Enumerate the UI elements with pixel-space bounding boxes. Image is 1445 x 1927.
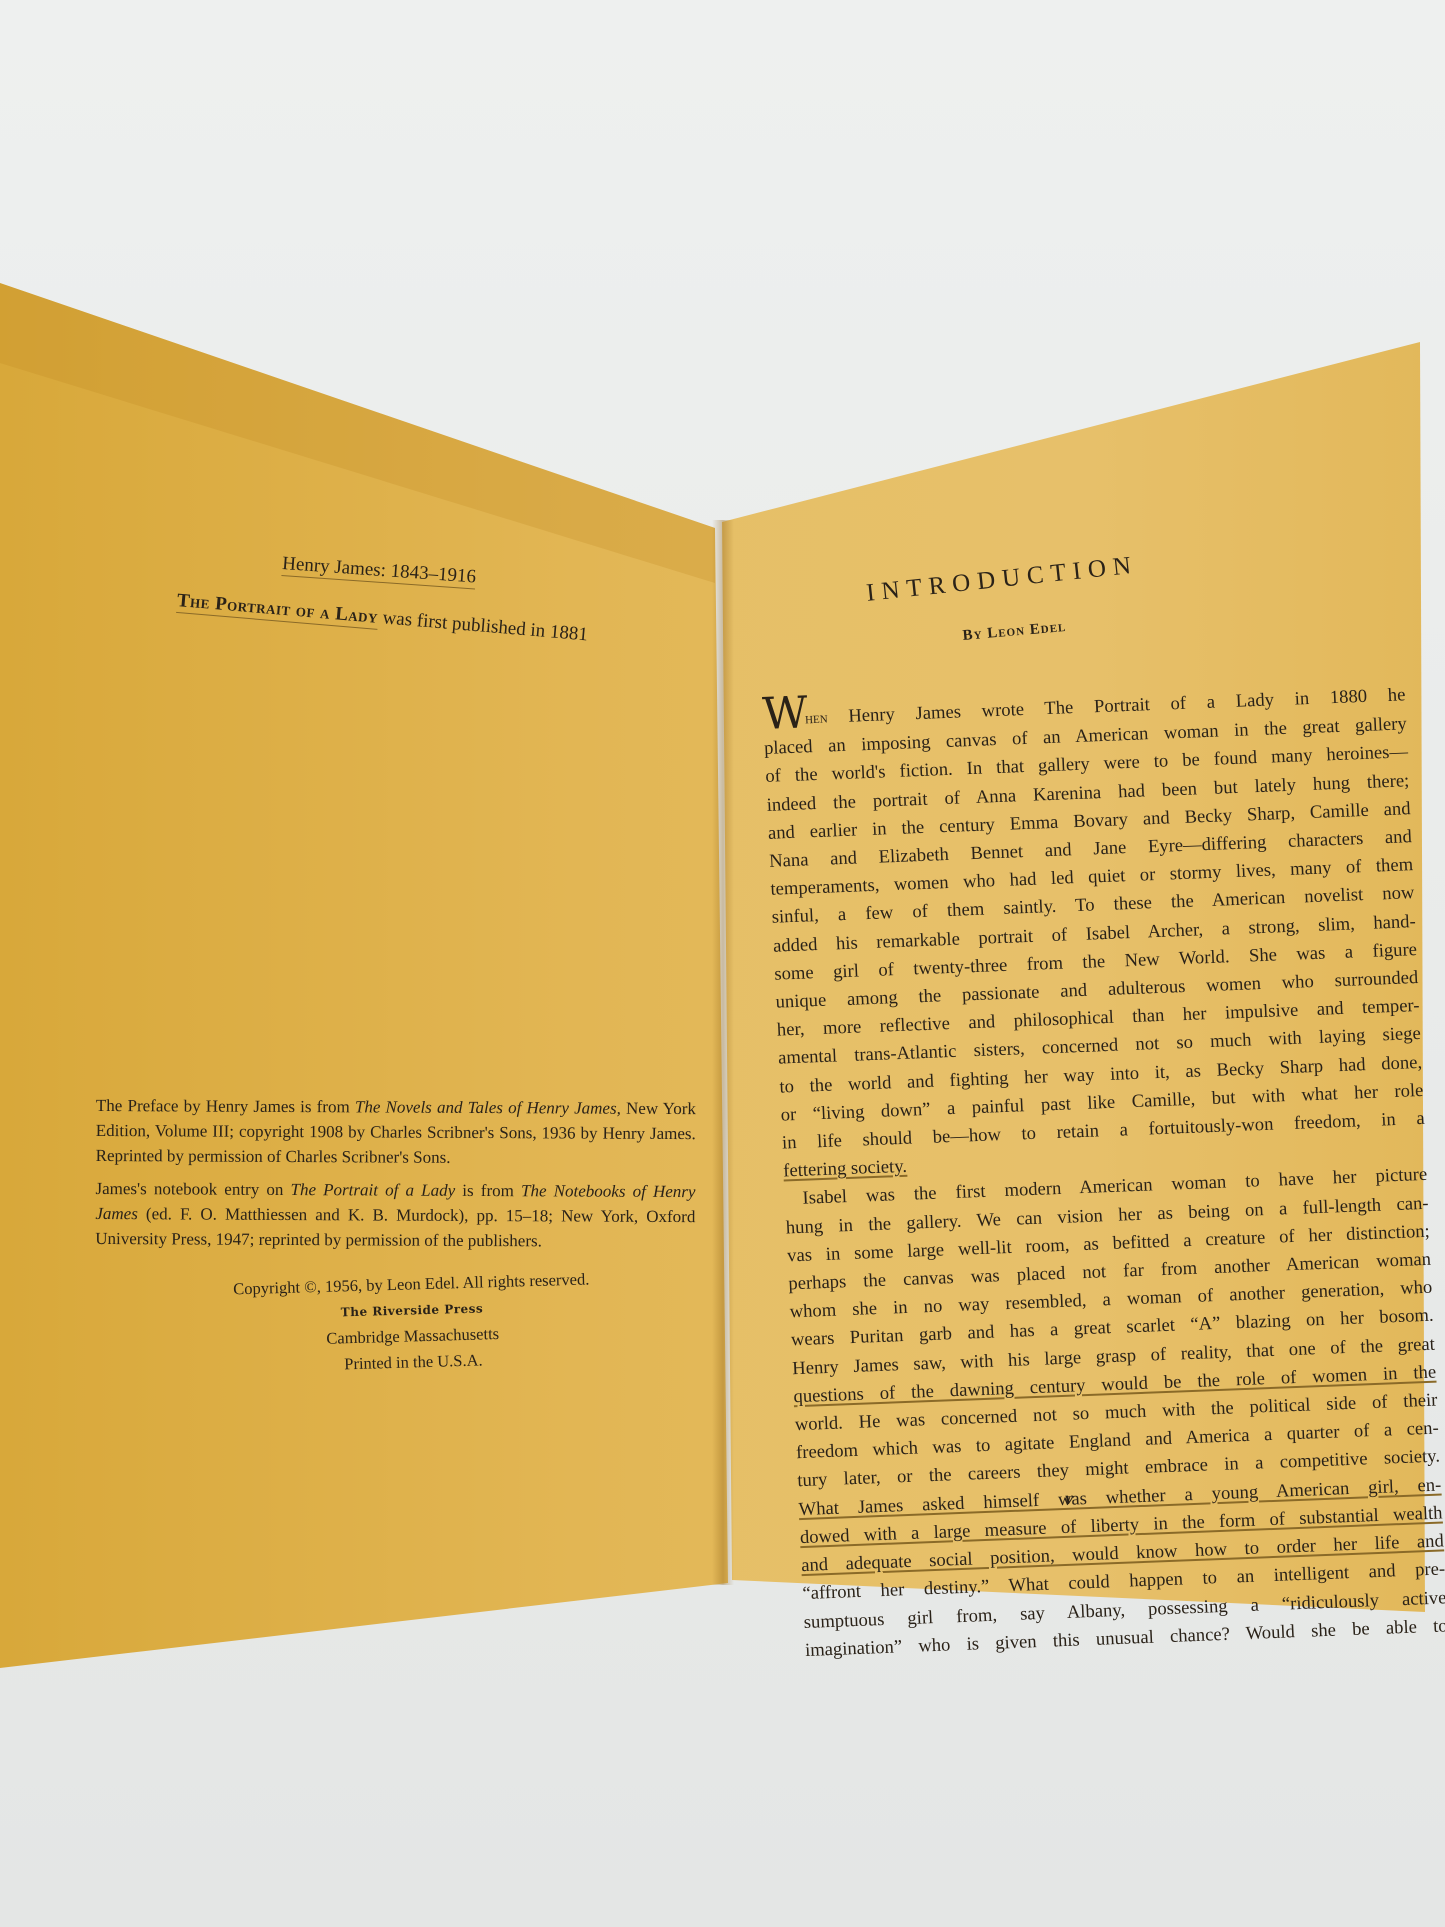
credits-block: The Preface by Henry James is from The N… <box>95 1093 696 1262</box>
credit-text: is from <box>455 1181 521 1200</box>
introduction-body: When Henry James wrote The Portrait of a… <box>762 677 1445 1665</box>
credit-title: The Novels and Tales of Henry James, <box>355 1097 621 1117</box>
credit-text: James's notebook entry on <box>95 1179 290 1199</box>
copyright-block: Copyright ©, 1956, by Leon Edel. All rig… <box>176 1265 649 1382</box>
page-number: v <box>1065 1488 1073 1509</box>
credit-text: The Preface by Henry James is from <box>96 1096 355 1116</box>
book-spine-gutter <box>712 520 734 1585</box>
notebook-credit: James's notebook entry on The Portrait o… <box>95 1176 695 1254</box>
credit-title: The Portrait of a Lady <box>290 1180 455 1200</box>
drop-cap: W <box>761 687 806 740</box>
small-caps-lead: hen <box>805 710 828 728</box>
credit-text: (ed. F. O. Matthiessen and K. B. Murdock… <box>95 1204 695 1250</box>
preface-credit: The Preface by Henry James is from The N… <box>96 1093 696 1171</box>
